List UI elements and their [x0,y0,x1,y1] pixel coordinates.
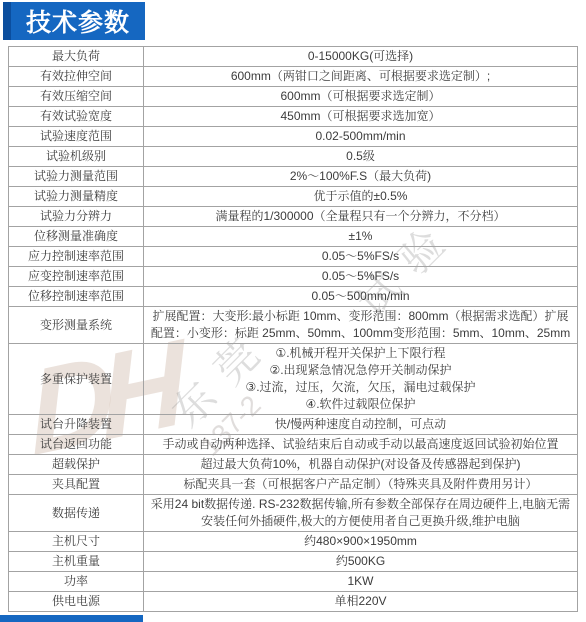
param-label: 位移控制速率范围 [9,287,144,307]
table-row: 试验力测量范围 2%～100%F.S（最大负荷) [9,167,578,187]
table-row: 数据传递 采用24 bit数据传递. RS-232数据传输,所有参数全部保存在周… [9,495,578,532]
spec-table-body: 最大负荷 0-15000KG(可选择) 有效拉伸空间 600mm（两钳口之间距离… [9,47,578,612]
table-row: 变形测量系统 扩展配置：大变形:最小标距 10mm、变形范围：800mm（根据需… [9,307,578,344]
param-label: 有效试验宽度 [9,107,144,127]
param-value: 600mm（两钳口之间距离、可根据要求选定制）; [144,67,578,87]
param-label: 试验力分辨力 [9,207,144,227]
param-label: 超载保护 [9,455,144,475]
table-row: 有效拉伸空间 600mm（两钳口之间距离、可根据要求选定制）; [9,67,578,87]
param-value: 扩展配置：大变形:最小标距 10mm、变形范围：800mm（根据需求选配）扩展配… [144,307,578,344]
param-label: 试台升降装置 [9,415,144,435]
table-row: 功率 1KW [9,572,578,592]
param-label: 试验速度范围 [9,127,144,147]
table-row: 位移控制速率范围 0.05～500mm/min [9,287,578,307]
param-value: 2%～100%F.S（最大负荷) [144,167,578,187]
param-label: 试验力测量精度 [9,187,144,207]
param-value: 0-15000KG(可选择) [144,47,578,67]
param-value: 0.05～500mm/min [144,287,578,307]
param-label: 有效拉伸空间 [9,67,144,87]
param-label: 有效压缩空间 [9,87,144,107]
param-value: 采用24 bit数据传递. RS-232数据传输,所有参数全部保存在周边硬件上,… [144,495,578,532]
spec-table: 最大负荷 0-15000KG(可选择) 有效拉伸空间 600mm（两钳口之间距离… [8,46,578,612]
param-value: 1KW [144,572,578,592]
param-label: 供电电源 [9,592,144,612]
section-title-block: 技术参数 [3,2,145,40]
param-value: 0.05～5%FS/s [144,247,578,267]
param-value: 600mm（可根据要求选定制） [144,87,578,107]
table-row: 试验速度范围 0.02-500mm/min [9,127,578,147]
table-row: 试台升降装置 快/慢两种速度自动控制，可点动 [9,415,578,435]
param-label: 试验力测量范围 [9,167,144,187]
param-label: 最大负荷 [9,47,144,67]
table-row: 主机重量 约500KG [9,552,578,572]
param-value: ±1% [144,227,578,247]
param-value: 约500KG [144,552,578,572]
param-label: 位移测量准确度 [9,227,144,247]
table-row: 超载保护 超过最大负荷10%，机器自动保护(对设备及传感器起到保护) [9,455,578,475]
table-row: 主机尺寸 约480×900×1950mm [9,532,578,552]
page-title: 技术参数 [26,3,130,39]
param-value: 单相220V [144,592,578,612]
param-label: 变形测量系统 [9,307,144,344]
table-row: 试验机级别 0.5级 [9,147,578,167]
param-value: ①.机械开程开关保护上下限行程 ②.出现紧急情况急停开关制动保护 ③.过流，过压… [144,344,578,415]
param-label: 应变控制速率范围 [9,267,144,287]
param-label: 功率 [9,572,144,592]
table-row: 试验力测量精度 优于示值的±0.5% [9,187,578,207]
param-value: 手动或自动两种选择、试验结束后自动或手动以最高速度返回试验初始位置 [144,435,578,455]
table-row: 夹具配置 标配夹具一套（可根据客户产品定制）（特殊夹具及附件费用另计） [9,475,578,495]
param-value: 超过最大负荷10%，机器自动保护(对设备及传感器起到保护) [144,455,578,475]
param-value: 0.02-500mm/min [144,127,578,147]
param-label: 多重保护装置 [9,344,144,415]
next-section-bar [0,615,143,622]
param-label: 数据传递 [9,495,144,532]
param-label: 主机尺寸 [9,532,144,552]
param-value: 优于示值的±0.5% [144,187,578,207]
param-label: 试台返回功能 [9,435,144,455]
param-value: 约480×900×1950mm [144,532,578,552]
param-value: 0.5级 [144,147,578,167]
table-row: 试验力分辨力 满量程的1/300000（全量程只有一个分辨力，不分档） [9,207,578,227]
param-label: 应力控制速率范围 [9,247,144,267]
table-row: 有效压缩空间 600mm（可根据要求选定制） [9,87,578,107]
param-value: 满量程的1/300000（全量程只有一个分辨力，不分档） [144,207,578,227]
table-row: 有效试验宽度 450mm（可根据要求选加宽） [9,107,578,127]
table-row: 试台返回功能 手动或自动两种选择、试验结束后自动或手动以最高速度返回试验初始位置 [9,435,578,455]
param-label: 试验机级别 [9,147,144,167]
param-value: 快/慢两种速度自动控制，可点动 [144,415,578,435]
param-value: 0.05～5%FS/s [144,267,578,287]
table-row: 应力控制速率范围 0.05～5%FS/s [9,247,578,267]
table-row: 多重保护装置 ①.机械开程开关保护上下限行程 ②.出现紧急情况急停开关制动保护 … [9,344,578,415]
table-row: 位移测量准确度 ±1% [9,227,578,247]
table-row: 应变控制速率范围 0.05～5%FS/s [9,267,578,287]
param-value: 标配夹具一套（可根据客户产品定制）（特殊夹具及附件费用另计） [144,475,578,495]
param-value: 450mm（可根据要求选加宽） [144,107,578,127]
table-row: 供电电源 单相220V [9,592,578,612]
param-label: 主机重量 [9,552,144,572]
table-row: 最大负荷 0-15000KG(可选择) [9,47,578,67]
param-label: 夹具配置 [9,475,144,495]
